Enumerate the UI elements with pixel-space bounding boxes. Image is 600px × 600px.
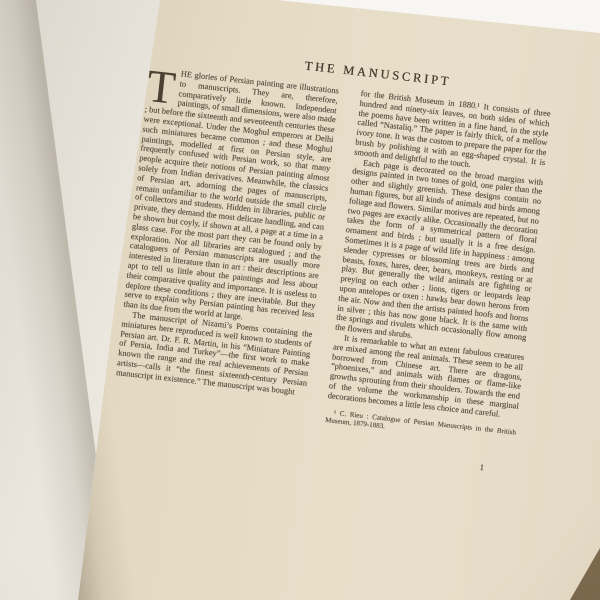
drop-cap: T — [145, 66, 181, 107]
printed-page-content: THE MANUSCRIPT THE glories of Persian pa… — [110, 42, 554, 476]
text-columns: THE glories of Persian painting are illu… — [110, 66, 552, 477]
book-photo: THE MANUSCRIPT THE glories of Persian pa… — [0, 0, 600, 600]
text-column-right: for the British Museum in 1880.¹ It cons… — [321, 89, 551, 477]
paragraph: THE glories of Persian painting are illu… — [123, 66, 339, 330]
paragraph-text: HE glories of Persian painting are illus… — [123, 69, 339, 321]
paragraph: Each page is decorated on the broad marg… — [335, 157, 544, 353]
text-column-left: THE glories of Persian painting are illu… — [110, 66, 340, 454]
